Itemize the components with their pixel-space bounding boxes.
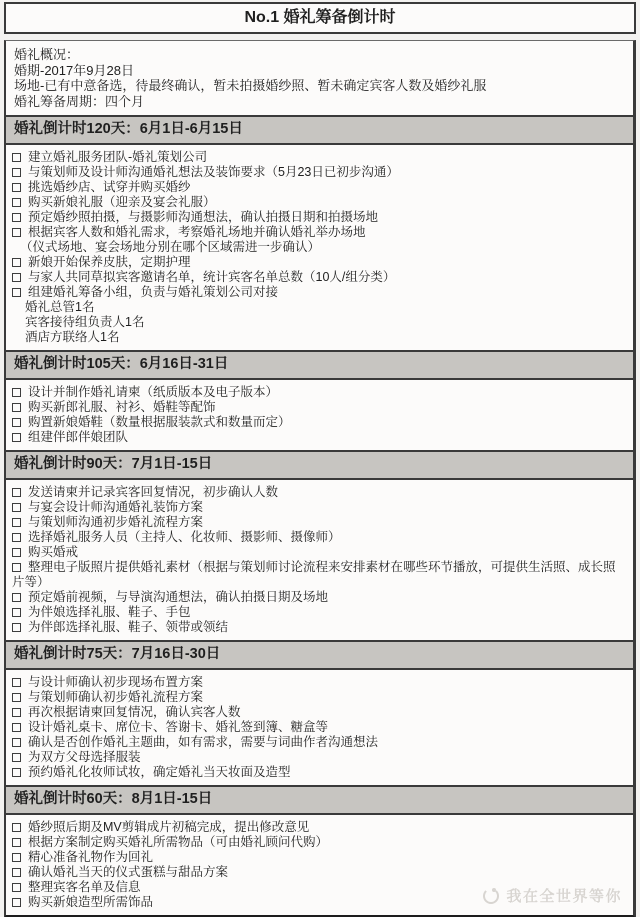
checklist-item-text: 为双方父母选择服装 [28, 750, 141, 764]
intro-line: 婚期-2017年9月28日 [14, 63, 625, 79]
checklist-item-text: 确认是否创作婚礼主题曲，如有需求，需要与词曲作者沟通想法 [28, 735, 378, 749]
checklist-item-text: 发送请柬并记录宾客回复情况，初步确认人数 [28, 485, 278, 499]
checklist-item: 根据宾客人数和婚礼需求，考察婚礼场地并确认婚礼举办场地 [12, 225, 625, 240]
checklist-item-text: 与策划师沟通初步婚礼流程方案 [28, 515, 203, 529]
document-title-bar: No.1 婚礼筹备倒计时 [4, 2, 636, 34]
checklist-item: 与策划师沟通初步婚礼流程方案 [12, 515, 625, 530]
checklist-item: 预定婚纱照拍摄，与摄影师沟通想法，确认拍摄日期和拍摄场地 [12, 210, 625, 225]
checklist-item-text: 购置新娘婚鞋（数量根据服装款式和数量而定） [28, 415, 291, 429]
checkbox-icon [12, 258, 21, 267]
checkbox-icon [12, 593, 21, 602]
checklist-item-text: 根据方案制定购买婚礼所需物品（可由婚礼顾问代购） [28, 835, 328, 849]
checkbox-icon [12, 823, 21, 832]
checklist-item: 挑选婚纱店、试穿并购买婚纱 [12, 180, 625, 195]
checkbox-icon [12, 608, 21, 617]
checkbox-icon [12, 198, 21, 207]
checklist-item: 整理电子版照片提供婚礼素材（根据与策划师讨论流程来安排素材在哪些环节播放，可提供… [12, 560, 625, 590]
checkbox-icon [12, 213, 21, 222]
checkbox-icon [12, 838, 21, 847]
checklist-item-text: 购买新娘礼服（迎亲及宴会礼服） [28, 195, 216, 209]
checklist-item: 与策划师及设计师沟通婚礼想法及装饰要求（5月23日已初步沟通） [12, 165, 625, 180]
section-header: 婚礼倒计时90天：7月1日-15日 [6, 450, 633, 480]
checklist-item: 购买新娘造型所需饰品 [12, 895, 625, 910]
checklist-item-text: 精心准备礼物作为回礼 [28, 850, 153, 864]
checklist: 与设计师确认初步现场布置方案与策划师确认初步婚礼流程方案再次根据请柬回复情况，确… [6, 670, 633, 785]
checklist-subitem: 婚礼总管1名 [12, 300, 625, 315]
checkbox-icon [12, 853, 21, 862]
section-header: 婚礼倒计时75天：7月16日-30日 [6, 640, 633, 670]
checkbox-icon [12, 273, 21, 282]
checkbox-icon [12, 753, 21, 762]
intro-section: 婚礼概况：婚期-2017年9月28日场地-已有中意备选，待最终确认，暂未拍摄婚纱… [6, 41, 633, 115]
checklist-item: 购买婚戒 [12, 545, 625, 560]
checklist-item-text: 购买新娘造型所需饰品 [28, 895, 153, 909]
checklist-item: 新娘开始保养皮肤，定期护理 [12, 255, 625, 270]
checklist-item-text: 整理电子版照片提供婚礼素材（根据与策划师讨论流程来安排素材在哪些环节播放，可提供… [12, 560, 616, 589]
checklist-item: 为伴郎选择礼服、鞋子、领带或领结 [12, 620, 625, 635]
checklist-item-text: 设计婚礼桌卡、席位卡、答谢卡、婚礼签到簿、糖盒等 [28, 720, 328, 734]
checklist-item-text: 与策划师确认初步婚礼流程方案 [28, 690, 203, 704]
intro-line: 婚礼概况： [14, 47, 625, 63]
sections-container: 婚礼倒计时120天：6月1日-6月15日建立婚礼服务团队-婚礼策划公司与策划师及… [6, 115, 633, 915]
checklist-item: 建立婚礼服务团队-婚礼策划公司 [12, 150, 625, 165]
checkbox-icon [12, 678, 21, 687]
checklist-item: 预定婚前视频，与导演沟通想法，确认拍摄日期及场地 [12, 590, 625, 605]
checklist-item: 与策划师确认初步婚礼流程方案 [12, 690, 625, 705]
checklist-item: 再次根据请柬回复情况，确认宾客人数 [12, 705, 625, 720]
checklist-item: 设计并制作婚礼请柬（纸质版本及电子版本） [12, 385, 625, 400]
checklist-item: 预约婚礼化妆师试妆，确定婚礼当天妆面及造型 [12, 765, 625, 780]
checklist-item-text: 设计并制作婚礼请柬（纸质版本及电子版本） [28, 385, 278, 399]
intro-line: 婚礼筹备周期：四个月 [14, 94, 625, 110]
checklist-item-text: 组建伴郎伴娘团队 [28, 430, 128, 444]
checklist-item: 为双方父母选择服装 [12, 750, 625, 765]
checklist-subitem: 酒店方联络人1名 [12, 330, 625, 345]
checklist: 设计并制作婚礼请柬（纸质版本及电子版本）购买新郎礼服、衬衫、婚鞋等配饰购置新娘婚… [6, 380, 633, 450]
checklist-item: 整理宾客名单及信息 [12, 880, 625, 895]
checklist-item-text: 与策划师及设计师沟通婚礼想法及装饰要求（5月23日已初步沟通） [28, 165, 399, 179]
checklist-item-continuation: （仪式场地、宴会场地分别在哪个区域需进一步确认） [12, 240, 625, 255]
checklist-item: 购买新娘礼服（迎亲及宴会礼服） [12, 195, 625, 210]
checklist-item: 确认是否创作婚礼主题曲，如有需求，需要与词曲作者沟通想法 [12, 735, 625, 750]
checklist-item-text: 婚纱照后期及MV剪辑成片初稿完成，提出修改意见 [28, 820, 309, 834]
checkbox-icon [12, 548, 21, 557]
checkbox-icon [12, 768, 21, 777]
checkbox-icon [12, 898, 21, 907]
checklist-item-text: 新娘开始保养皮肤，定期护理 [28, 255, 191, 269]
checkbox-icon [12, 723, 21, 732]
checklist-item: 与设计师确认初步现场布置方案 [12, 675, 625, 690]
checklist: 发送请柬并记录宾客回复情况，初步确认人数与宴会设计师沟通婚礼装饰方案与策划师沟通… [6, 480, 633, 640]
section-header: 婚礼倒计时60天：8月1日-15日 [6, 785, 633, 815]
checklist-item: 为伴娘选择礼服、鞋子、手包 [12, 605, 625, 620]
checklist: 婚纱照后期及MV剪辑成片初稿完成，提出修改意见根据方案制定购买婚礼所需物品（可由… [6, 815, 633, 915]
checkbox-icon [12, 183, 21, 192]
checkbox-icon [12, 563, 21, 572]
checklist-item-text: 建立婚礼服务团队-婚礼策划公司 [28, 150, 207, 164]
checklist-item-text: 购买新郎礼服、衬衫、婚鞋等配饰 [28, 400, 216, 414]
checklist-item-text: 为伴娘选择礼服、鞋子、手包 [28, 605, 191, 619]
checklist-item-text: 组建婚礼筹备小组，负责与婚礼策划公司对接 [28, 285, 278, 299]
checkbox-icon [12, 433, 21, 442]
checklist-item: 与家人共同草拟宾客邀请名单，统计宾客名单总数（10人/组分类） [12, 270, 625, 285]
checklist-item-text: 与设计师确认初步现场布置方案 [28, 675, 203, 689]
checklist-item-text: 与宴会设计师沟通婚礼装饰方案 [28, 500, 203, 514]
checklist-item: 购置新娘婚鞋（数量根据服装款式和数量而定） [12, 415, 625, 430]
intro-line: 场地-已有中意备选，待最终确认，暂未拍摄婚纱照、暂未确定宾客人数及婚纱礼服 [14, 78, 625, 94]
checklist-item-text: 购买婚戒 [28, 545, 78, 559]
checklist-item: 与宴会设计师沟通婚礼装饰方案 [12, 500, 625, 515]
checklist-item: 发送请柬并记录宾客回复情况，初步确认人数 [12, 485, 625, 500]
document: No.1 婚礼筹备倒计时 婚礼概况：婚期-2017年9月28日场地-已有中意备选… [4, 2, 636, 917]
checklist-item: 组建伴郎伴娘团队 [12, 430, 625, 445]
checklist: 建立婚礼服务团队-婚礼策划公司与策划师及设计师沟通婚礼想法及装饰要求（5月23日… [6, 145, 633, 350]
checklist-item: 组建婚礼筹备小组，负责与婚礼策划公司对接 [12, 285, 625, 300]
checkbox-icon [12, 488, 21, 497]
checkbox-icon [12, 418, 21, 427]
checkbox-icon [12, 883, 21, 892]
section-header: 婚礼倒计时120天：6月1日-6月15日 [6, 115, 633, 145]
checklist-item-text: 根据宾客人数和婚礼需求，考察婚礼场地并确认婚礼举办场地 [28, 225, 366, 239]
checkbox-icon [12, 288, 21, 297]
document-body: 婚礼概况：婚期-2017年9月28日场地-已有中意备选，待最终确认，暂未拍摄婚纱… [4, 40, 636, 917]
checklist-item-text: 选择婚礼服务人员（主持人、化妆师、摄影师、摄像师） [28, 530, 341, 544]
checklist-item-text: 再次根据请柬回复情况，确认宾客人数 [28, 705, 241, 719]
checklist-item: 婚纱照后期及MV剪辑成片初稿完成，提出修改意见 [12, 820, 625, 835]
checklist-item-text: 为伴郎选择礼服、鞋子、领带或领结 [28, 620, 228, 634]
checkbox-icon [12, 403, 21, 412]
checklist-item: 确认婚礼当天的仪式蛋糕与甜品方案 [12, 865, 625, 880]
page-title: No.1 婚礼筹备倒计时 [244, 9, 395, 26]
checklist-item: 设计婚礼桌卡、席位卡、答谢卡、婚礼签到簿、糖盒等 [12, 720, 625, 735]
checklist-item-text: 预定婚前视频，与导演沟通想法，确认拍摄日期及场地 [28, 590, 328, 604]
checklist-item-text: 挑选婚纱店、试穿并购买婚纱 [28, 180, 191, 194]
checkbox-icon [12, 168, 21, 177]
checklist-item: 根据方案制定购买婚礼所需物品（可由婚礼顾问代购） [12, 835, 625, 850]
checklist-item-text: 预定婚纱照拍摄，与摄影师沟通想法，确认拍摄日期和拍摄场地 [28, 210, 378, 224]
checklist-item: 选择婚礼服务人员（主持人、化妆师、摄影师、摄像师） [12, 530, 625, 545]
checklist-item: 精心准备礼物作为回礼 [12, 850, 625, 865]
checklist-item-text: 与家人共同草拟宾客邀请名单，统计宾客名单总数（10人/组分类） [28, 270, 395, 284]
checkbox-icon [12, 153, 21, 162]
checklist-item-text: 整理宾客名单及信息 [28, 880, 141, 894]
checklist-item: 购买新郎礼服、衬衫、婚鞋等配饰 [12, 400, 625, 415]
checkbox-icon [12, 738, 21, 747]
checklist-item-text: 预约婚礼化妆师试妆，确定婚礼当天妆面及造型 [28, 765, 291, 779]
checkbox-icon [12, 708, 21, 717]
checkbox-icon [12, 388, 21, 397]
checkbox-icon [12, 503, 21, 512]
section-header: 婚礼倒计时105天：6月16日-31日 [6, 350, 633, 380]
checkbox-icon [12, 533, 21, 542]
checkbox-icon [12, 518, 21, 527]
checkbox-icon [12, 868, 21, 877]
checklist-subitem: 宾客接待组负责人1名 [12, 315, 625, 330]
checkbox-icon [12, 623, 21, 632]
checklist-item-text: 确认婚礼当天的仪式蛋糕与甜品方案 [28, 865, 228, 879]
checkbox-icon [12, 693, 21, 702]
checkbox-icon [12, 228, 21, 237]
